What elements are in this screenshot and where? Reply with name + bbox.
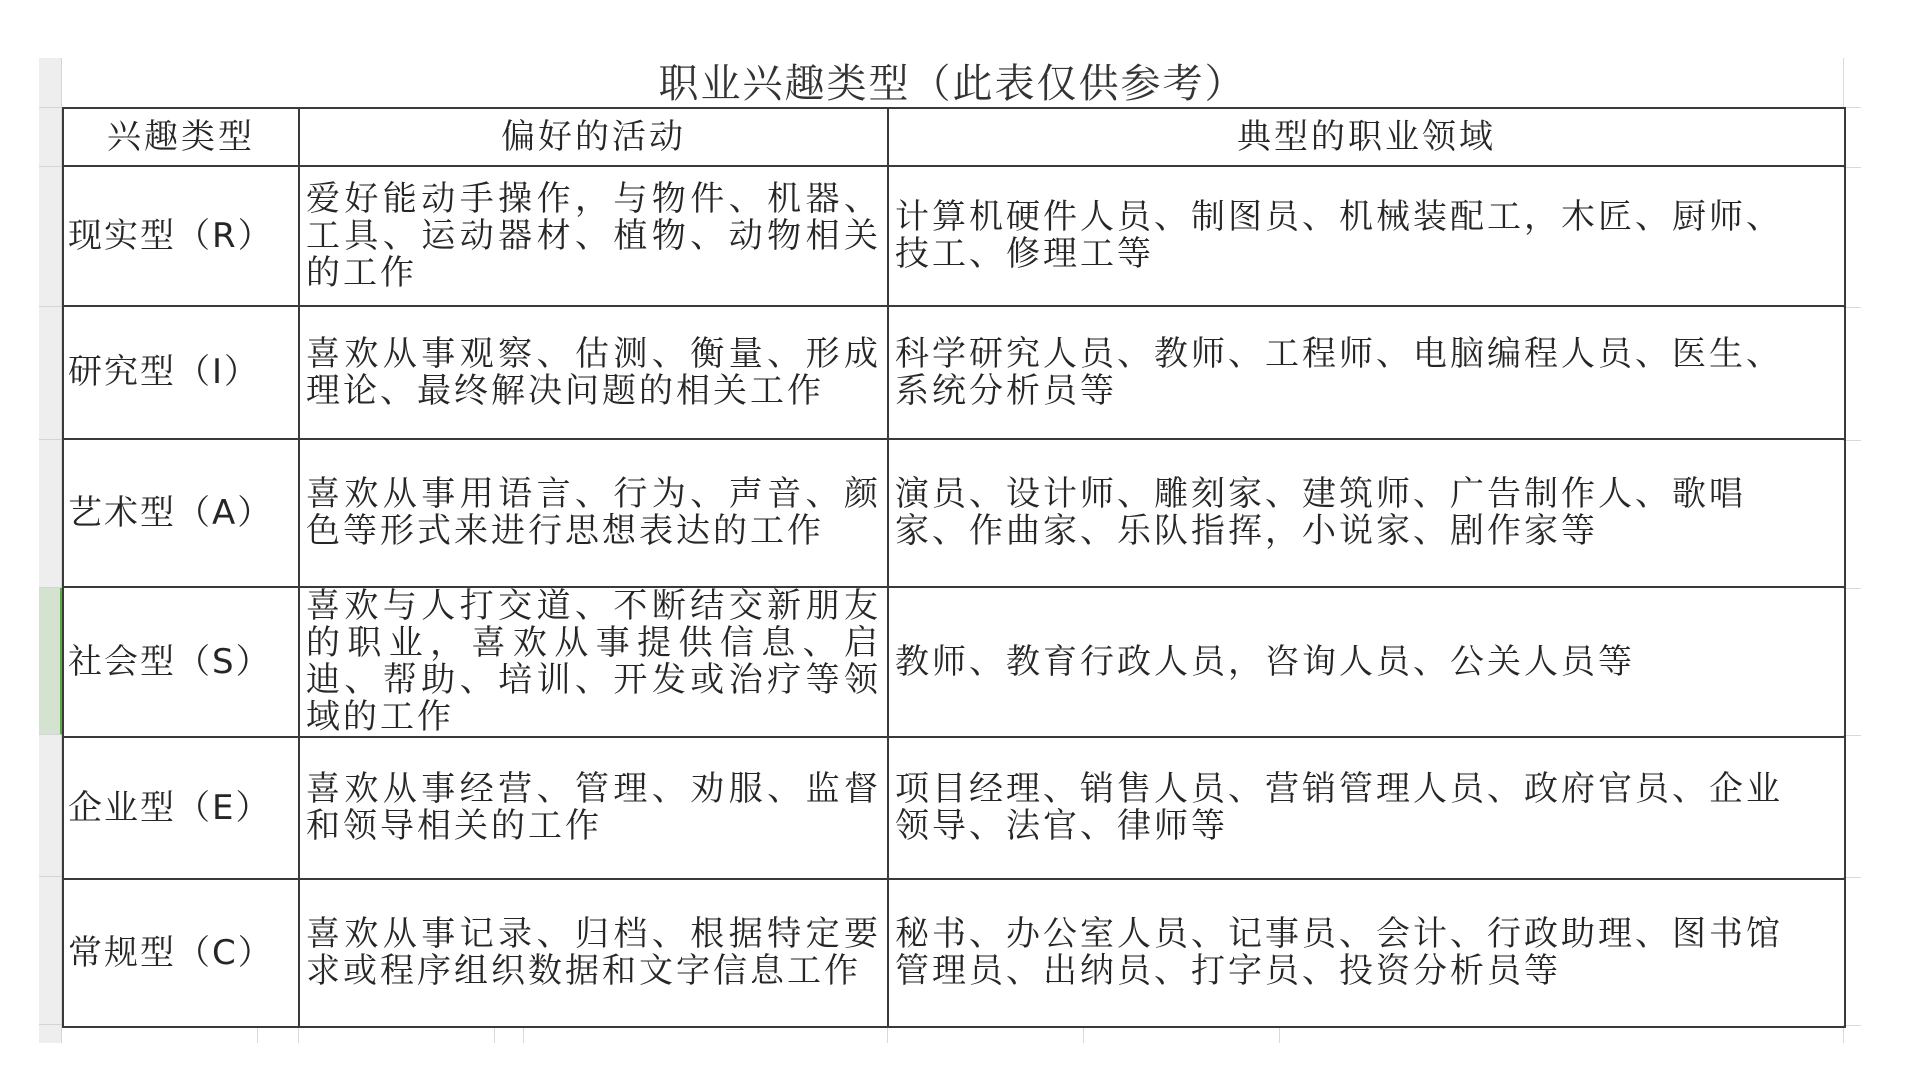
row-header-6[interactable] [39,877,61,1025]
career-cell[interactable]: 秘书、办公室人员、记事员、会计、行政助理、图书馆管理员、出纳员、打字员、投资分析… [888,879,1845,1027]
career-cell[interactable]: 项目经理、销售人员、营销管理人员、政府官员、企业领导、法官、律师等 [888,737,1845,879]
career-cell[interactable]: 教师、教育行政人员，咨询人员、公关人员等 [888,587,1845,737]
type-cell[interactable]: 研究型（I） [63,306,299,439]
activity-cell[interactable]: 喜欢从事经营、管理、劝服、监督和领导相关的工作 [299,737,888,879]
table-row: 现实型（R） 爱好能动手操作，与物件、机器、工具、运动器材、植物、动物相关的工作… [63,166,1845,306]
activity-cell[interactable]: 喜欢与人打交道、不断结交新朋友的职业，喜欢从事提供信息、启迪、帮助、培训、开发或… [299,587,888,737]
row-header-2[interactable] [39,307,61,440]
table-row: 研究型（I） 喜欢从事观察、估测、衡量、形成理论、最终解决问题的相关工作 科学研… [63,306,1845,439]
gridline [1083,1027,1084,1043]
gridline [887,1027,888,1043]
spreadsheet-view: 职业兴趣类型（此表仅供参考） 兴趣类型 偏好的活动 典型的职业领域 现实型（R）… [0,0,1920,1080]
header-cell-type[interactable]: 兴趣类型 [63,108,299,166]
row-header-4-selected[interactable] [39,588,63,735]
table-row-selected: 社会型（S） 喜欢与人打交道、不断结交新朋友的职业，喜欢从事提供信息、启迪、帮助… [63,587,1845,737]
gridline [1843,58,1844,108]
header-row: 兴趣类型 偏好的活动 典型的职业领域 [63,108,1845,166]
gridline [1843,1027,1844,1043]
row-header-1[interactable] [39,167,61,307]
type-cell[interactable]: 社会型（S） [63,587,299,737]
activity-cell[interactable]: 爱好能动手操作，与物件、机器、工具、运动器材、植物、动物相关的工作 [299,166,888,306]
type-cell[interactable]: 现实型（R） [63,166,299,306]
career-cell[interactable]: 计算机硬件人员、制图员、机械装配工，木匠、厨师、技工、修理工等 [888,166,1845,306]
type-cell[interactable]: 常规型（C） [63,879,299,1027]
row-header-header[interactable] [39,108,61,167]
gridline [298,1027,299,1043]
type-cell[interactable]: 艺术型（A） [63,439,299,587]
gridline [257,1027,258,1043]
table-row: 企业型（E） 喜欢从事经营、管理、劝服、监督和领导相关的工作 项目经理、销售人员… [63,737,1845,879]
row-header-3[interactable] [39,440,61,588]
header-cell-careers[interactable]: 典型的职业领域 [888,108,1845,166]
header-cell-activities[interactable]: 偏好的活动 [299,108,888,166]
activity-cell[interactable]: 喜欢从事记录、归档、根据特定要求或程序组织数据和文字信息工作 [299,879,888,1027]
career-interest-table: 兴趣类型 偏好的活动 典型的职业领域 现实型（R） 爱好能动手操作，与物件、机器… [62,107,1846,1028]
activity-cell[interactable]: 喜欢从事观察、估测、衡量、形成理论、最终解决问题的相关工作 [299,306,888,439]
gridline [523,1027,524,1043]
type-cell[interactable]: 企业型（E） [63,737,299,879]
gridline [1279,1027,1280,1043]
table-row: 艺术型（A） 喜欢从事用语言、行为、声音、颜色等形式来进行思想表达的工作 演员、… [63,439,1845,587]
career-cell[interactable]: 演员、设计师、雕刻家、建筑师、广告制作人、歌唱家、作曲家、乐队指挥，小说家、剧作… [888,439,1845,587]
row-header-title[interactable] [39,58,61,108]
gridline [494,1027,495,1043]
table-row: 常规型（C） 喜欢从事记录、归档、根据特定要求或程序组织数据和文字信息工作 秘书… [63,879,1845,1027]
activity-cell[interactable]: 喜欢从事用语言、行为、声音、颜色等形式来进行思想表达的工作 [299,439,888,587]
sheet-title-cell[interactable]: 职业兴趣类型（此表仅供参考） [62,60,1843,108]
career-cell[interactable]: 科学研究人员、教师、工程师、电脑编程人员、医生、系统分析员等 [888,306,1845,439]
row-header-5[interactable] [39,735,61,877]
